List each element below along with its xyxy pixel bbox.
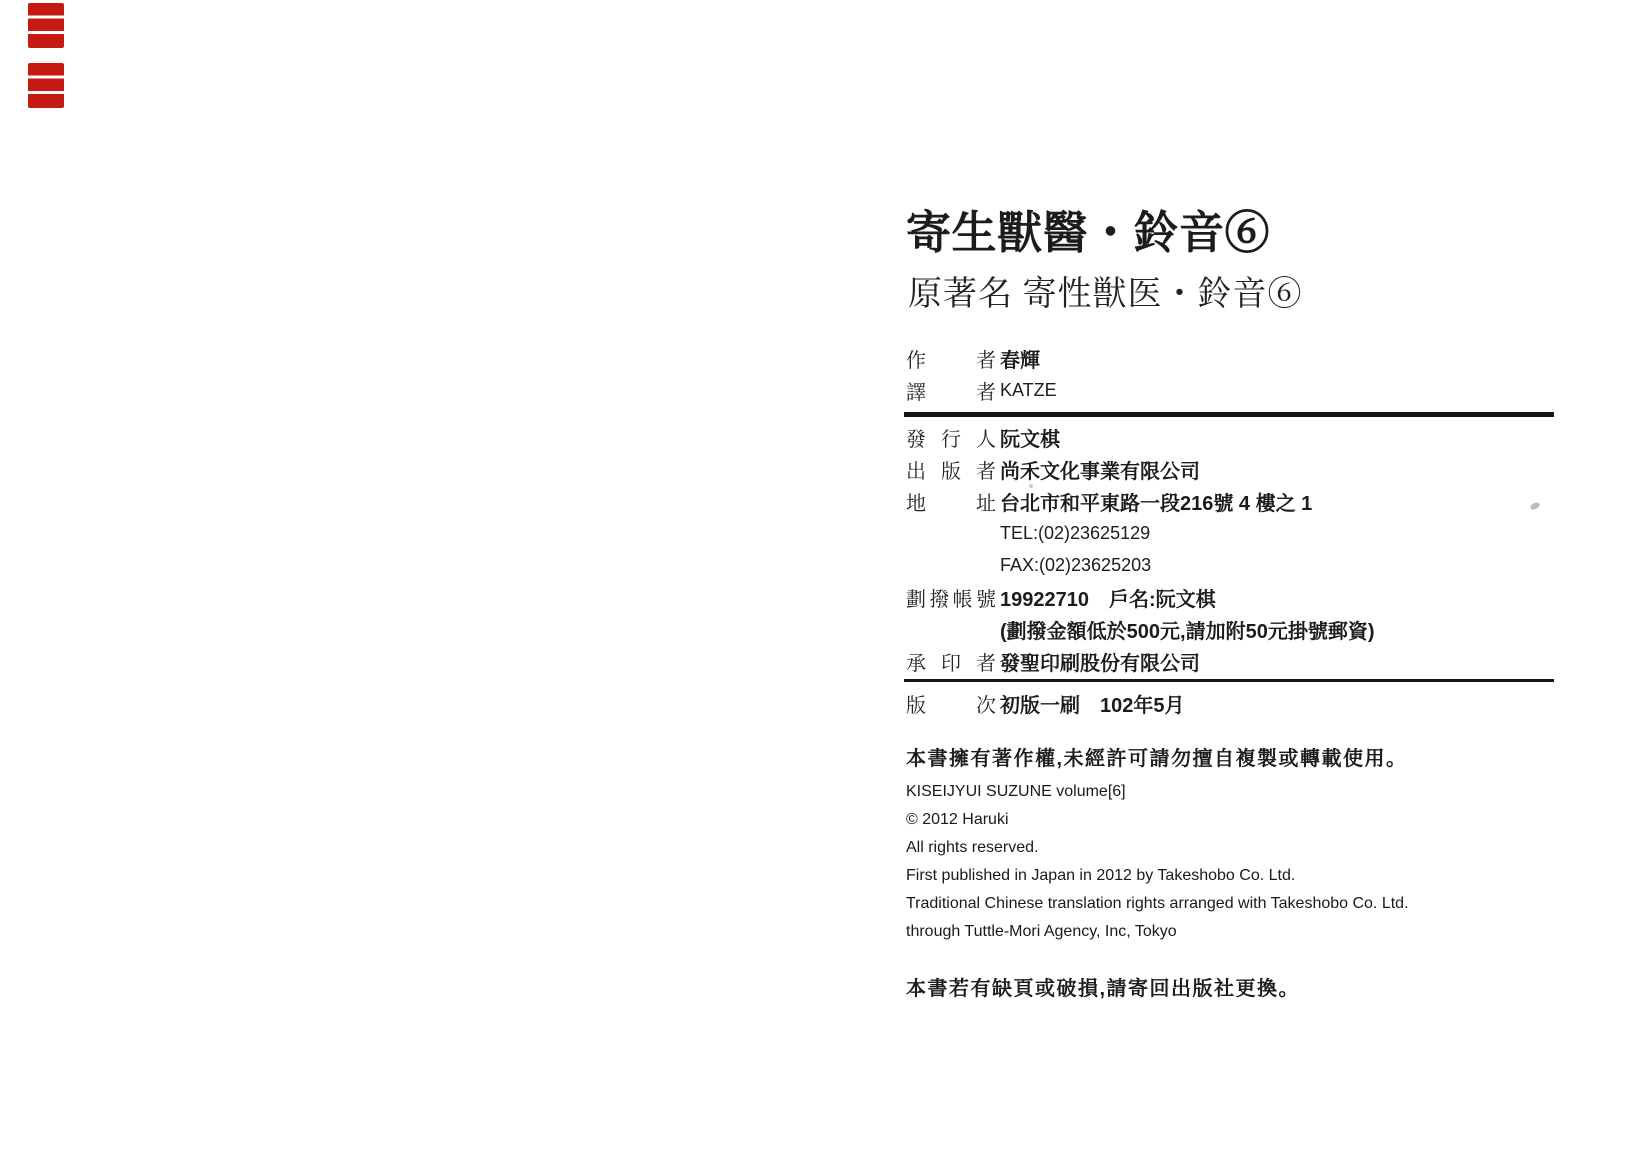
row-value: 尚禾文化事業有限公司 xyxy=(1000,455,1200,484)
row-label: 劃撥帳號 xyxy=(906,583,996,612)
table-row: 地址 台北市和平東路一段216號 4 樓之 1 xyxy=(906,485,1556,517)
row-value: 台北市和平東路一段216號 4 樓之 1 xyxy=(1000,487,1312,516)
colophon-page: 寄生獸醫・鈴音⑥ 原著名 寄性獣医・鈴音⑥ 作者 春輝 譯者 KATZE 發行人… xyxy=(0,0,1626,1170)
row-value: (劃撥金額低於500元,請加附50元掛號郵資) xyxy=(1000,615,1375,644)
table-row: 版次 初版一刷 102年5月 xyxy=(906,687,1556,719)
row-label: 版次 xyxy=(906,689,996,718)
row-value: KATZE xyxy=(1000,380,1057,401)
row-value: 阮文棋 xyxy=(1000,423,1060,452)
table-row: 承印者 發聖印刷股份有限公司 xyxy=(906,645,1556,677)
row-value: 春輝 xyxy=(1000,344,1040,373)
thick-divider-rule xyxy=(904,412,1554,417)
page-title: 寄生獸醫・鈴音⑥ xyxy=(906,196,1270,261)
original-title: 原著名 寄性獣医・鈴音⑥ xyxy=(908,266,1303,315)
table-row: 出版者 尚禾文化事業有限公司 xyxy=(906,453,1556,485)
red-stamp-mark xyxy=(28,63,64,108)
row-label: 作者 xyxy=(906,344,996,373)
row-value: FAX:(02)23625203 xyxy=(1000,555,1151,576)
table-row: FAX:(02)23625203 xyxy=(906,549,1556,581)
row-label: 地址 xyxy=(906,487,996,516)
row-label: 出版者 xyxy=(906,455,996,484)
table-row: 譯者 KATZE xyxy=(906,374,1556,406)
row-label: 承印者 xyxy=(906,647,996,676)
credit-line: through Tuttle-Mori Agency, Inc, Tokyo xyxy=(906,918,1409,946)
row-value: 發聖印刷股份有限公司 xyxy=(1000,647,1200,676)
credit-line: First published in Japan in 2012 by Take… xyxy=(906,862,1409,890)
table-row: 劃撥帳號 19922710 戶名:阮文棋 xyxy=(906,581,1556,613)
credit-line: Traditional Chinese translation rights a… xyxy=(906,890,1409,918)
table-row: 發行人 阮文棋 xyxy=(906,421,1556,453)
copyright-notice: 本書擁有著作權,未經許可請勿擅自複製或轉載使用。 xyxy=(906,742,1408,771)
colophon-table: 作者 春輝 譯者 KATZE 發行人 阮文棋 出版者 尚禾文化事業有限公司 地址… xyxy=(906,342,1556,719)
scan-speck xyxy=(1029,484,1033,488)
red-stamp-mark xyxy=(28,3,64,48)
credit-line: All rights reserved. xyxy=(906,834,1409,862)
table-row: (劃撥金額低於500元,請加附50元掛號郵資) xyxy=(906,613,1556,645)
credit-line: KISEIJYUI SUZUNE volume[6] xyxy=(906,778,1409,806)
table-row: 作者 春輝 xyxy=(906,342,1556,374)
table-row: TEL:(02)23625129 xyxy=(906,517,1556,549)
row-label: 譯者 xyxy=(906,376,996,405)
row-value: 初版一刷 102年5月 xyxy=(1000,689,1185,718)
row-value: 19922710 戶名:阮文棋 xyxy=(1000,583,1216,612)
row-value: TEL:(02)23625129 xyxy=(1000,523,1150,544)
thin-divider-rule xyxy=(904,679,1554,682)
return-notice: 本書若有缺頁或破損,請寄回出版社更換。 xyxy=(906,972,1300,1001)
row-label: 發行人 xyxy=(906,423,996,452)
rights-credit-block: KISEIJYUI SUZUNE volume[6] © 2012 Haruki… xyxy=(906,778,1409,946)
credit-line: © 2012 Haruki xyxy=(906,806,1409,834)
